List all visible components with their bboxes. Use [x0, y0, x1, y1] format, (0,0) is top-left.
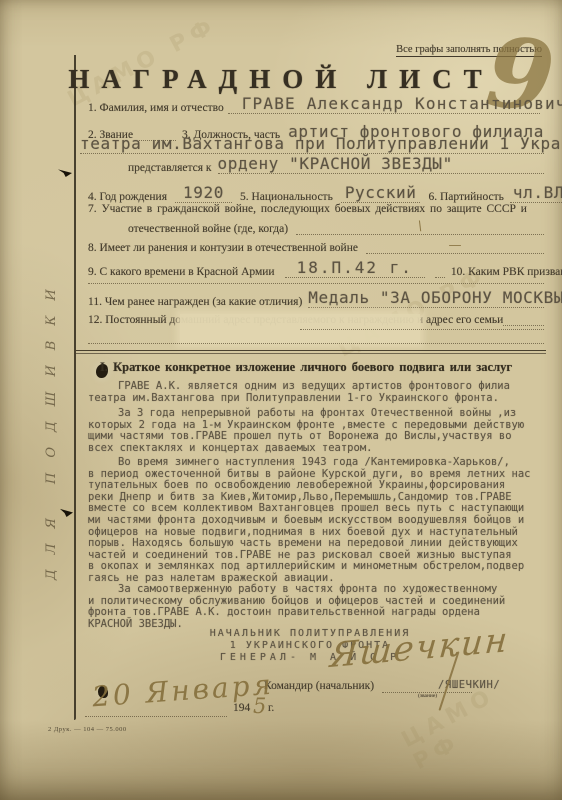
field-4-label: 4. Год рождения — [88, 191, 167, 203]
field-11-value: Медаль "ЗА ОБОРОНУ МОСКВЫ" — [308, 288, 562, 307]
citation-paragraph-3: Во время зимнего наступления 1943 года /… — [88, 457, 548, 585]
watermark-text: ЦАМО РФ — [64, 13, 222, 113]
section-divider — [76, 350, 546, 351]
presented-for-value: ордену "КРАСНОЙ ЗВЕЗДЫ" — [218, 154, 453, 173]
field-7-label-line2: отечественной войне (где, когда) — [128, 223, 288, 235]
field-8-value: — — [448, 238, 461, 253]
watermark-text: ЦАМО РФ — [398, 655, 562, 775]
field-6-value: чл.ВЛКСМ — [510, 183, 562, 203]
field-4-5-6-row: 4. Год рождения 1920 5. Национальность Р… — [88, 183, 544, 203]
field-7-answer-row: отечественной войне (где, когда) \ — [128, 221, 544, 235]
field-7-label-line1: 7. Участие в гражданской войне, последую… — [88, 203, 527, 215]
dotted-line — [300, 318, 544, 330]
field-5-value: Русский — [341, 183, 421, 203]
section-heading: I. Краткое конкретное изложение личного … — [100, 360, 512, 375]
arrow-mark-icon — [60, 508, 73, 517]
dotted-line — [88, 272, 544, 284]
year-suffix: г. — [268, 702, 274, 714]
commander-label: Командир (начальник) — [264, 680, 374, 692]
field-4-value: 1920 — [175, 183, 232, 203]
document-page: ЦАМО РФ ЦАМО РФ ЦАМО РФ ДЛЯ ПОДШИВКИ Все… — [0, 0, 562, 800]
field-6-label: 6. Партийность — [428, 191, 503, 203]
document-title: НАГРАДНОЙ ЛИСТ — [60, 64, 502, 95]
citation-paragraph-1: ГРАВЕ А.К. является одним из ведущих арт… — [88, 381, 548, 404]
print-imprint: 2 Друк. — 104 — 75.000 — [48, 726, 127, 733]
margin-filing-note: ДЛЯ ПОДШИВКИ — [44, 205, 59, 580]
field-1-label: 1. Фамилия, имя и отчество — [88, 102, 224, 114]
citation-paragraph-2: За 3 года непрерывной работы на фронтах … — [88, 408, 548, 454]
field-5-label: 5. Национальность — [240, 191, 333, 203]
field-11-label: 11. Чем ранее награжден (за какие отличи… — [88, 296, 302, 308]
rank-caption: (звание) — [418, 693, 437, 699]
section-divider — [76, 353, 546, 354]
dotted-line — [88, 332, 544, 344]
year-printed: 194 — [233, 702, 250, 714]
arrow-mark-icon — [58, 168, 72, 177]
date-underline — [85, 708, 227, 717]
field-11-row: 11. Чем ранее награжден (за какие отличи… — [88, 294, 544, 308]
year-handwritten: 5 — [253, 694, 266, 718]
field-7-row: 7. Участие в гражданской войне, последую… — [88, 203, 544, 215]
field-3-value-line2: театра им.Вахтангова при Политуправлении… — [80, 134, 562, 153]
field-1-value: ГРАВЕ Александр Константинович — [242, 94, 562, 113]
field-8-row: 8. Имеет ли ранения и контузии в отечест… — [88, 240, 544, 254]
field-7-value: \ — [418, 219, 422, 234]
field-1-row: 1. Фамилия, имя и отчество ГРАВЕ Алексан… — [88, 100, 544, 114]
presented-for-label: представляется к — [128, 162, 212, 174]
field-3-value-row: театра им.Вахтангова при Политуправлении… — [80, 138, 544, 154]
margin-rule — [74, 55, 76, 720]
field-8-label: 8. Имеет ли ранения и контузии в отечест… — [88, 242, 358, 254]
presented-for-row: представляется к ордену "КРАСНОЙ ЗВЕЗДЫ" — [128, 160, 544, 174]
